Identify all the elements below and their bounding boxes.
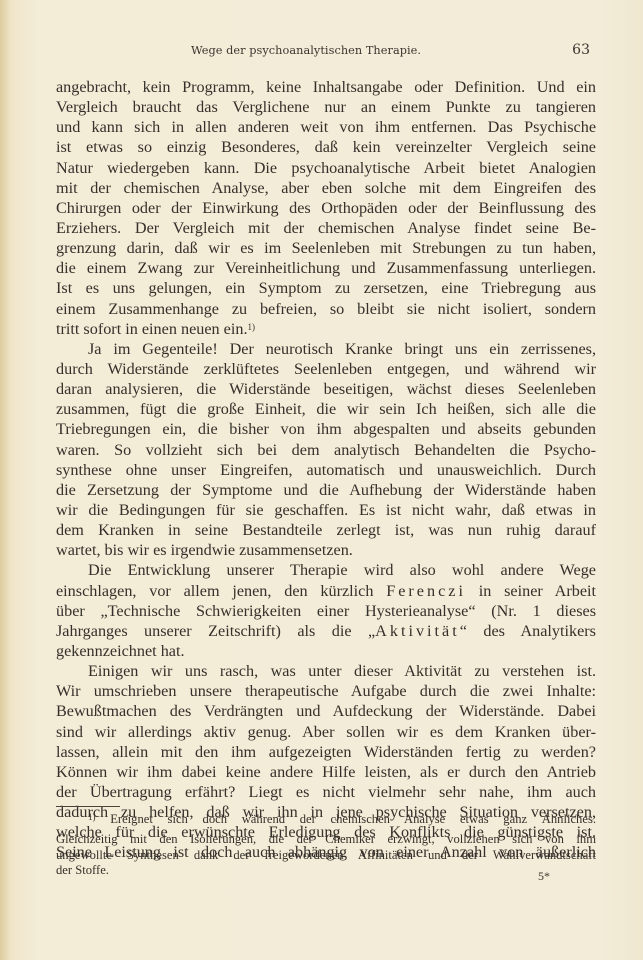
- text-line: grenzung darin, daß wir es im Seelenlebe…: [56, 238, 596, 258]
- author-name-spaced: Ferenczi: [386, 582, 466, 600]
- text-line: Triebregungen ein, die bisher von ihm ab…: [56, 419, 596, 439]
- line-text: in seiner Arbeit: [466, 582, 596, 600]
- text-line: angebracht, kein Programm, keine Inhalts…: [56, 77, 596, 97]
- book-page: Wege der psychoanalytischen Therapie. 63…: [0, 0, 643, 960]
- text-line: sind wir allerdings aktiv genug. Aber so…: [56, 722, 596, 742]
- footnote-line: ungewollte Synthesen dank der freigeword…: [56, 848, 596, 863]
- text-line: Vergleich braucht das Verglichene nur an…: [56, 97, 596, 117]
- footnote-divider: [56, 806, 120, 807]
- text-line: durch Widerstände zerklüftetes Seelenleb…: [56, 359, 596, 379]
- footnote-reference[interactable]: 1): [248, 322, 256, 332]
- text-line: daran analysieren, die Widerstände besei…: [56, 379, 596, 399]
- text-line: ist etwas so einzig Besonderes, daß kein…: [56, 137, 596, 157]
- body-text: angebracht, kein Programm, keine Inhalts…: [56, 77, 596, 862]
- footnote-text: Ereignet sich doch während der chemische…: [110, 812, 596, 826]
- signature-mark: 5*: [538, 869, 550, 884]
- text-line: und kann sich in allen anderen weit von …: [56, 117, 596, 137]
- footnote: 1) Ereignet sich doch während der chemis…: [56, 812, 596, 878]
- text-line: einschlagen, vor allem jenen, den kürzli…: [56, 581, 596, 601]
- text-line: Chirurgen oder der Einwirkung des Orthop…: [56, 198, 596, 218]
- text-line: waren. So vollzieht sich bei dem analyti…: [56, 440, 596, 460]
- line-text: einschlagen, vor allem jenen, den kürzli…: [56, 582, 386, 600]
- paragraph-start-line: Einigen wir uns rasch, was unter dieser …: [56, 661, 596, 681]
- text-line: tritt sofort in einen neuen ein.1): [56, 319, 596, 339]
- text-line: einem Zusammenhange zu befreien, so blei…: [56, 299, 596, 319]
- line-text: “ des Analytikers: [460, 622, 596, 640]
- running-title: Wege der psychoanalytischen Therapie.: [191, 44, 421, 57]
- text-line: mit der chemischen Analyse, aber eben so…: [56, 178, 596, 198]
- text-line: wartet, bis wir es irgendwie zusammenset…: [56, 540, 596, 560]
- text-line: Natur wiedergeben kann. Die psychoanalyt…: [56, 158, 596, 178]
- text-line: über „Technische Schwierigkeiten einer H…: [56, 601, 596, 621]
- footnote-line: 1) Ereignet sich doch während der chemis…: [56, 812, 596, 832]
- emphasized-term-spaced: Aktivität: [375, 622, 460, 640]
- text-line: Erziehers. Der Vergleich mit der chemisc…: [56, 218, 596, 238]
- page-number: 63: [572, 42, 590, 58]
- text-line: Wir umschrieben unsere therapeutische Au…: [56, 681, 596, 701]
- line-text: tritt sofort in einen neuen ein.: [56, 320, 248, 338]
- text-line: der Übertragung erfährt? Liegt es nicht …: [56, 782, 596, 802]
- spine-shadow: [0, 0, 10, 960]
- paragraph-start-line: Die Entwicklung unserer Therapie wird al…: [56, 560, 596, 580]
- text-line: Bewußtmachen des Verdrängten und Aufdeck…: [56, 701, 596, 721]
- text-line: die Zersetzung der Symptome und die Aufh…: [56, 480, 596, 500]
- footnote-marker: 1): [88, 812, 96, 822]
- text-line: zusammen, fügt die große Einheit, die wi…: [56, 399, 596, 419]
- footnote-line: Gleichzeitig mit den Isolierungen, die d…: [56, 832, 596, 847]
- line-text: Jahrganges unserer Zeitschrift) als die …: [56, 622, 375, 640]
- text-line: Ist es uns gelungen, ein Symptom zu zers…: [56, 278, 596, 298]
- text-line: lassen, allein mit den ihm aufgezeigten …: [56, 742, 596, 762]
- text-line: gekennzeichnet hat.: [56, 641, 596, 661]
- footnote-line: der Stoffe.: [56, 863, 596, 878]
- text-line: die einem Zwang zur Vereinheitlichung un…: [56, 258, 596, 278]
- paragraph-start-line: Ja im Gegenteile! Der neurotisch Kranke …: [56, 339, 596, 359]
- text-line: wir die Bedingungen für sie geschaffen. …: [56, 500, 596, 520]
- text-line: synthese ohne unser Eingreifen, automati…: [56, 460, 596, 480]
- text-line: Jahrganges unserer Zeitschrift) als die …: [56, 621, 596, 641]
- running-head: Wege der psychoanalytischen Therapie. 63: [56, 44, 630, 64]
- text-line: Können wir ihm dabei keine andere Hilfe …: [56, 762, 596, 782]
- text-line: dem Kranken in seine Bestandteile zerleg…: [56, 520, 596, 540]
